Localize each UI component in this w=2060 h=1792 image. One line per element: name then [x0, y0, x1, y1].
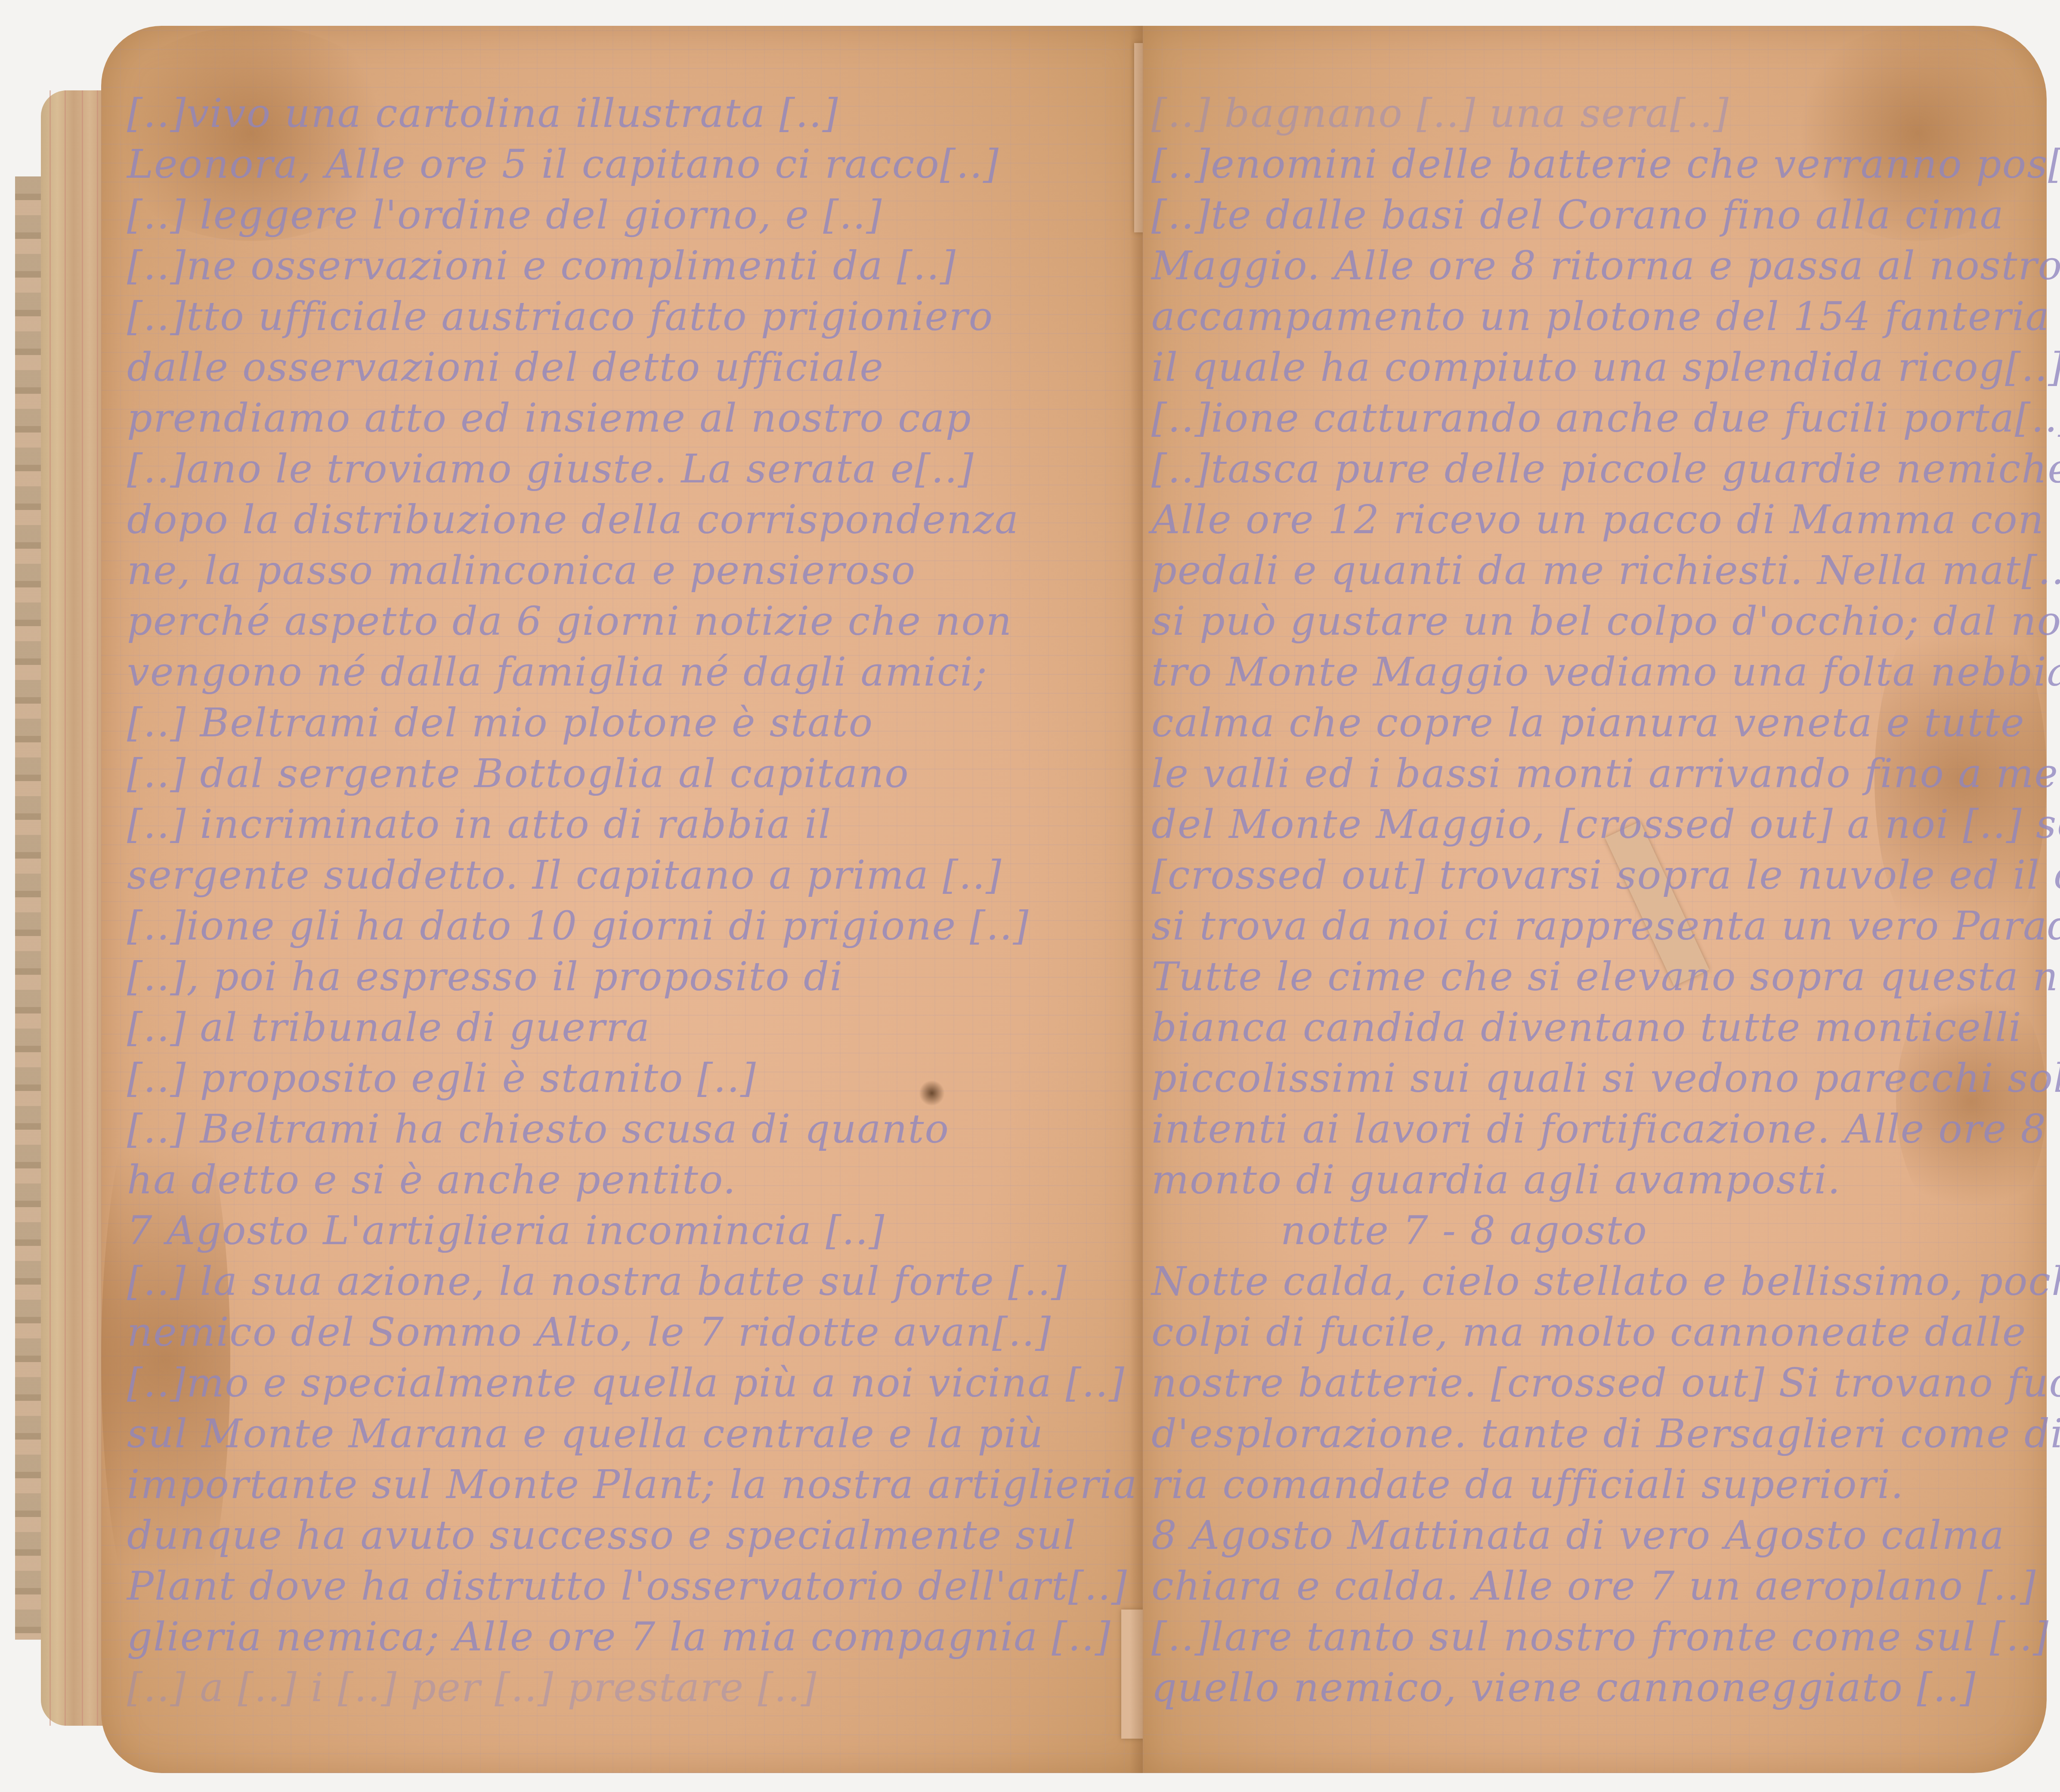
section-heading: notte 7 - 8 agosto: [1281, 1208, 1648, 1254]
handwritten-line: [..]ano le troviamo giuste. La serata e[…: [127, 446, 974, 492]
handwritten-line: prendiamo atto ed insieme al nostro cap: [127, 395, 972, 441]
handwritten-line: [..] Beltrami ha chiesto scusa di quanto: [127, 1106, 950, 1152]
handwritten-line: Plant dove ha distrutto l'osservatorio d…: [127, 1563, 1128, 1609]
handwritten-line: [..] proposito egli è stanito [..]: [127, 1055, 757, 1101]
handwritten-line: [..]mo e specialmente quella più a noi v…: [127, 1360, 1125, 1406]
handwritten-line: [..]ne osservazioni e complimenti da [..…: [127, 243, 956, 289]
handwritten-line: d'esplorazione. tante di Bersaglieri com…: [1151, 1411, 2060, 1457]
handwritten-line: dalle osservazioni del detto ufficiale: [127, 344, 884, 390]
handwritten-line: [..]tasca pure delle piccole guardie nem…: [1151, 446, 2060, 492]
handwritten-line: [..] leggere l'ordine del giorno, e [..]: [127, 192, 882, 238]
handwritten-line: Maggio. Alle ore 8 ritorna e passa al no…: [1151, 243, 2060, 289]
handwritten-line: [..]ione catturando anche due fucili por…: [1151, 395, 2060, 441]
handwritten-line: calma che copre la pianura veneta e tutt…: [1151, 700, 2025, 746]
handwritten-line: sergente suddetto. Il capitano a prima […: [127, 852, 1002, 898]
handwritten-line: intenti ai lavori di fortificazione. All…: [1151, 1106, 2047, 1152]
handwritten-line: ha detto e si è anche pentito.: [127, 1157, 736, 1203]
handwritten-line: dopo la distribuzione della corrisponden…: [127, 497, 1019, 543]
handwritten-line: si trova da noi ci rappresenta un vero P…: [1151, 903, 2060, 949]
handwritten-line: nemico del Sommo Alto, le 7 ridotte avan…: [127, 1309, 1052, 1355]
handwritten-line: [crossed out] trovarsi sopra le nuvole e…: [1151, 852, 2060, 898]
handwritten-line: 7 Agosto L'artiglieria incomincia [..]: [127, 1208, 885, 1254]
handwritten-line: [..] incriminato in atto di rabbia il: [127, 801, 832, 847]
handwritten-line: [..], poi ha espresso il proposito di: [127, 954, 843, 1000]
handwritten-line: [..] la sua azione, la nostra batte sul …: [127, 1258, 1067, 1304]
handwritten-line: colpi di fucile, ma molto cannoneate dal…: [1151, 1309, 2027, 1355]
handwritten-line: [..] a [..] i [..] per [..] prestare [..…: [127, 1665, 817, 1711]
handwritten-line: si può gustare un bel colpo d'occhio; da…: [1151, 598, 2060, 644]
handwritten-line: [..]lare tanto sul nostro fronte come su…: [1151, 1614, 2049, 1660]
handwritten-line: [..]enomini delle batterie che verranno …: [1151, 141, 2060, 187]
handwritten-line: [..] Beltrami del mio plotone è stato: [127, 700, 873, 746]
handwritten-line: tro Monte Maggio vediamo una folta nebbi…: [1151, 649, 2060, 695]
left-page: [..]vivo una cartolina illustrata [..] L…: [101, 26, 1143, 1773]
handwritten-line: glieria nemica; Alle ore 7 la mia compag…: [127, 1614, 1111, 1660]
handwritten-line: [..] al tribunale di guerra: [127, 1004, 650, 1050]
handwritten-line: accampamento un plotone del 154 fanteria: [1151, 294, 2050, 340]
handwritten-line: il quale ha compiuto una splendida ricog…: [1151, 344, 2060, 390]
right-page: [..] bagnano [..] una sera[..] [..]enomi…: [1143, 26, 2047, 1773]
handwritten-line: [..] bagnano [..] una sera[..]: [1151, 90, 1729, 136]
handwritten-line: chiara e calda. Alle ore 7 un aeroplano …: [1151, 1563, 2036, 1609]
handwritten-line: importante sul Monte Plant; la nostra ar…: [127, 1461, 1138, 1508]
handwritten-line: [..] dal sergente Bottoglia al capitano: [127, 751, 909, 797]
handwritten-line: [..]ione gli ha dato 10 giorni di prigio…: [127, 903, 1029, 949]
handwritten-line: quello nemico, viene cannoneggiato [..]: [1151, 1665, 1976, 1711]
handwritten-line: ne, la passo malinconica e pensieroso: [127, 547, 916, 593]
handwritten-line: [..]vivo una cartolina illustrata [..]: [127, 90, 839, 136]
handwritten-line: dunque ha avuto successo e specialmente …: [127, 1512, 1076, 1558]
handwritten-line: Leonora, Alle ore 5 il capitano ci racco…: [127, 141, 999, 187]
ink-stain: [919, 1080, 945, 1106]
handwritten-line: piccolissimi sui quali si vedono parecch…: [1151, 1055, 2060, 1101]
handwritten-line: 8 Agosto Mattinata di vero Agosto calma: [1151, 1512, 2005, 1558]
handwritten-line: sul Monte Marana e quella centrale e la …: [127, 1411, 1044, 1457]
handwritten-line: vengono né dalla famiglia né dagli amici…: [127, 649, 988, 695]
handwritten-line: Tutte le cime che si elevano sopra quest…: [1151, 954, 2060, 1000]
handwritten-line: Alle ore 12 ricevo un pacco di Mamma con: [1151, 497, 2045, 543]
handwritten-line: ria comandate da ufficiali superiori.: [1151, 1461, 1904, 1508]
handwritten-line: [..]te dalle basi del Corano fino alla c…: [1151, 192, 2004, 238]
handwritten-line: monto di guardia agli avamposti.: [1151, 1157, 1841, 1203]
handwritten-line: le valli ed i bassi monti arrivando fino…: [1151, 751, 2060, 797]
notebook: [..]vivo una cartolina illustrata [..] L…: [41, 26, 2047, 1773]
handwritten-line: [..]tto ufficiale austriaco fatto prigio…: [127, 294, 993, 340]
handwritten-line: Notte calda, cielo stellato e bellissimo…: [1151, 1258, 2060, 1304]
handwritten-line: bianca candida diventano tutte monticell…: [1151, 1004, 2022, 1050]
handwritten-line: nostre batterie. [crossed out] Si trovan…: [1151, 1360, 2060, 1406]
handwritten-line: perché aspetto da 6 giorni notizie che n…: [127, 598, 1012, 644]
handwritten-line: pedali e quanti da me richiesti. Nella m…: [1151, 547, 2060, 593]
handwritten-line: del Monte Maggio, [crossed out] a noi [.…: [1151, 801, 2060, 847]
